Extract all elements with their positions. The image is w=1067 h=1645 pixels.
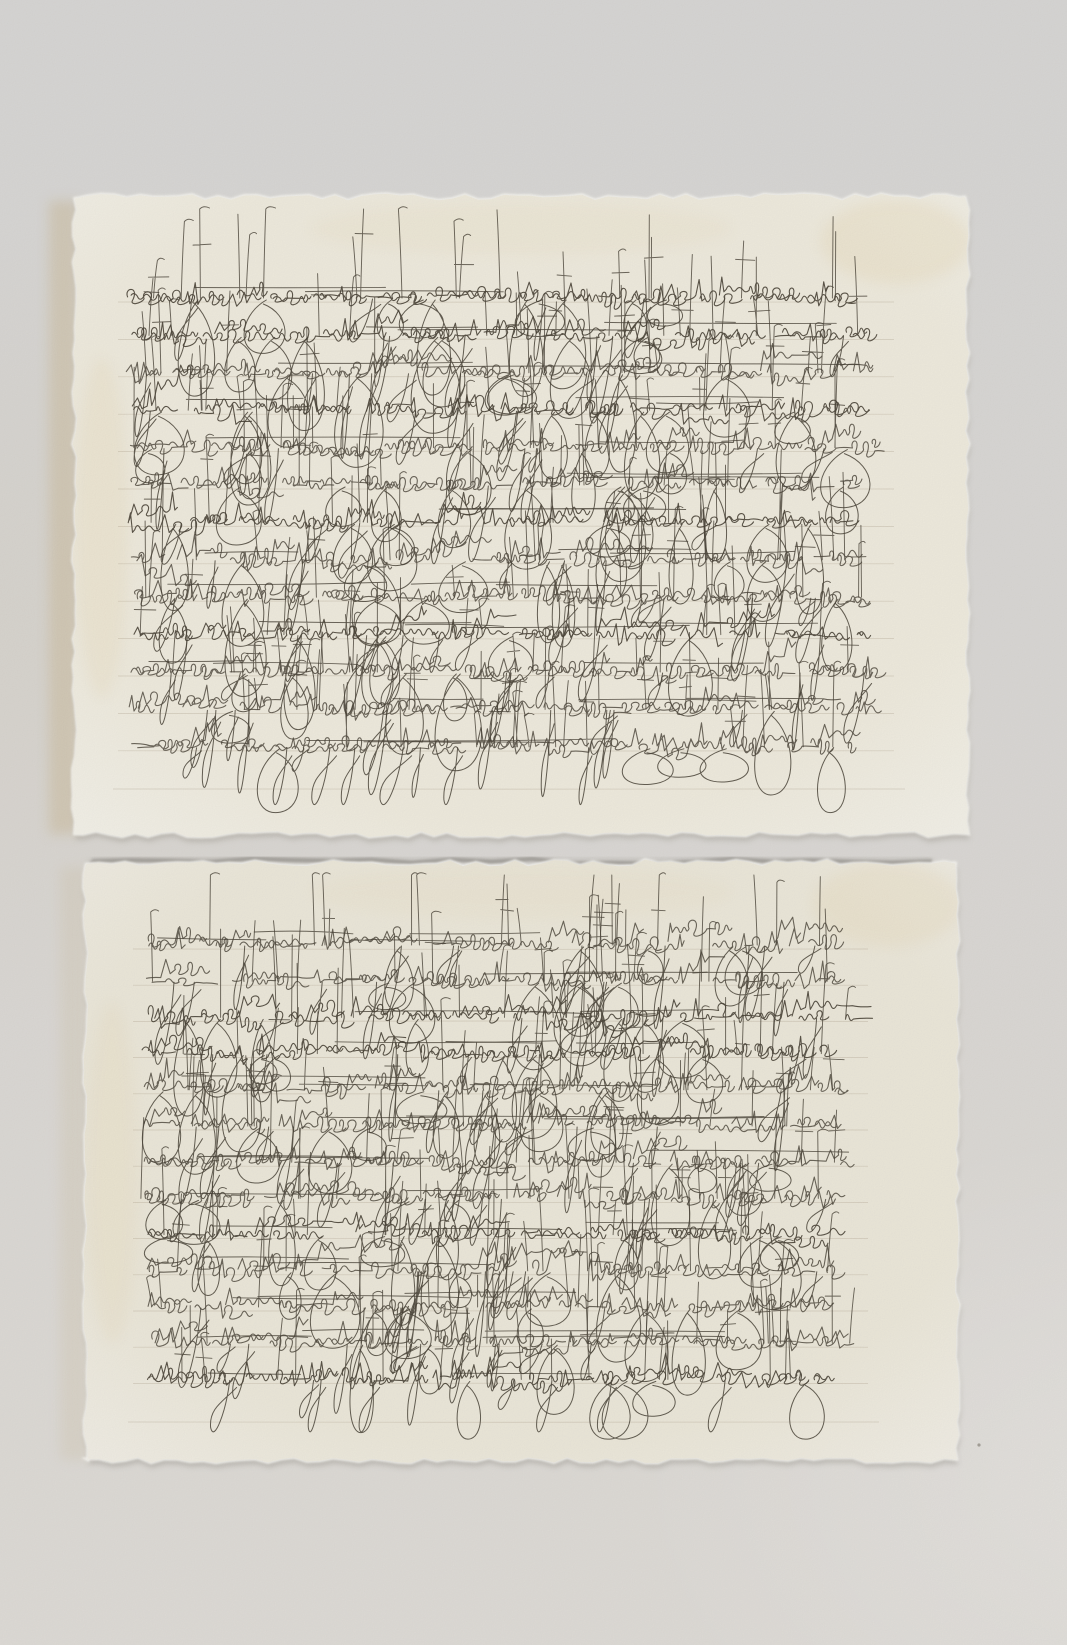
artwork-photo <box>0 0 1067 1645</box>
photo-grain <box>0 0 1067 1645</box>
asemic-artwork-svg <box>0 0 1067 1645</box>
